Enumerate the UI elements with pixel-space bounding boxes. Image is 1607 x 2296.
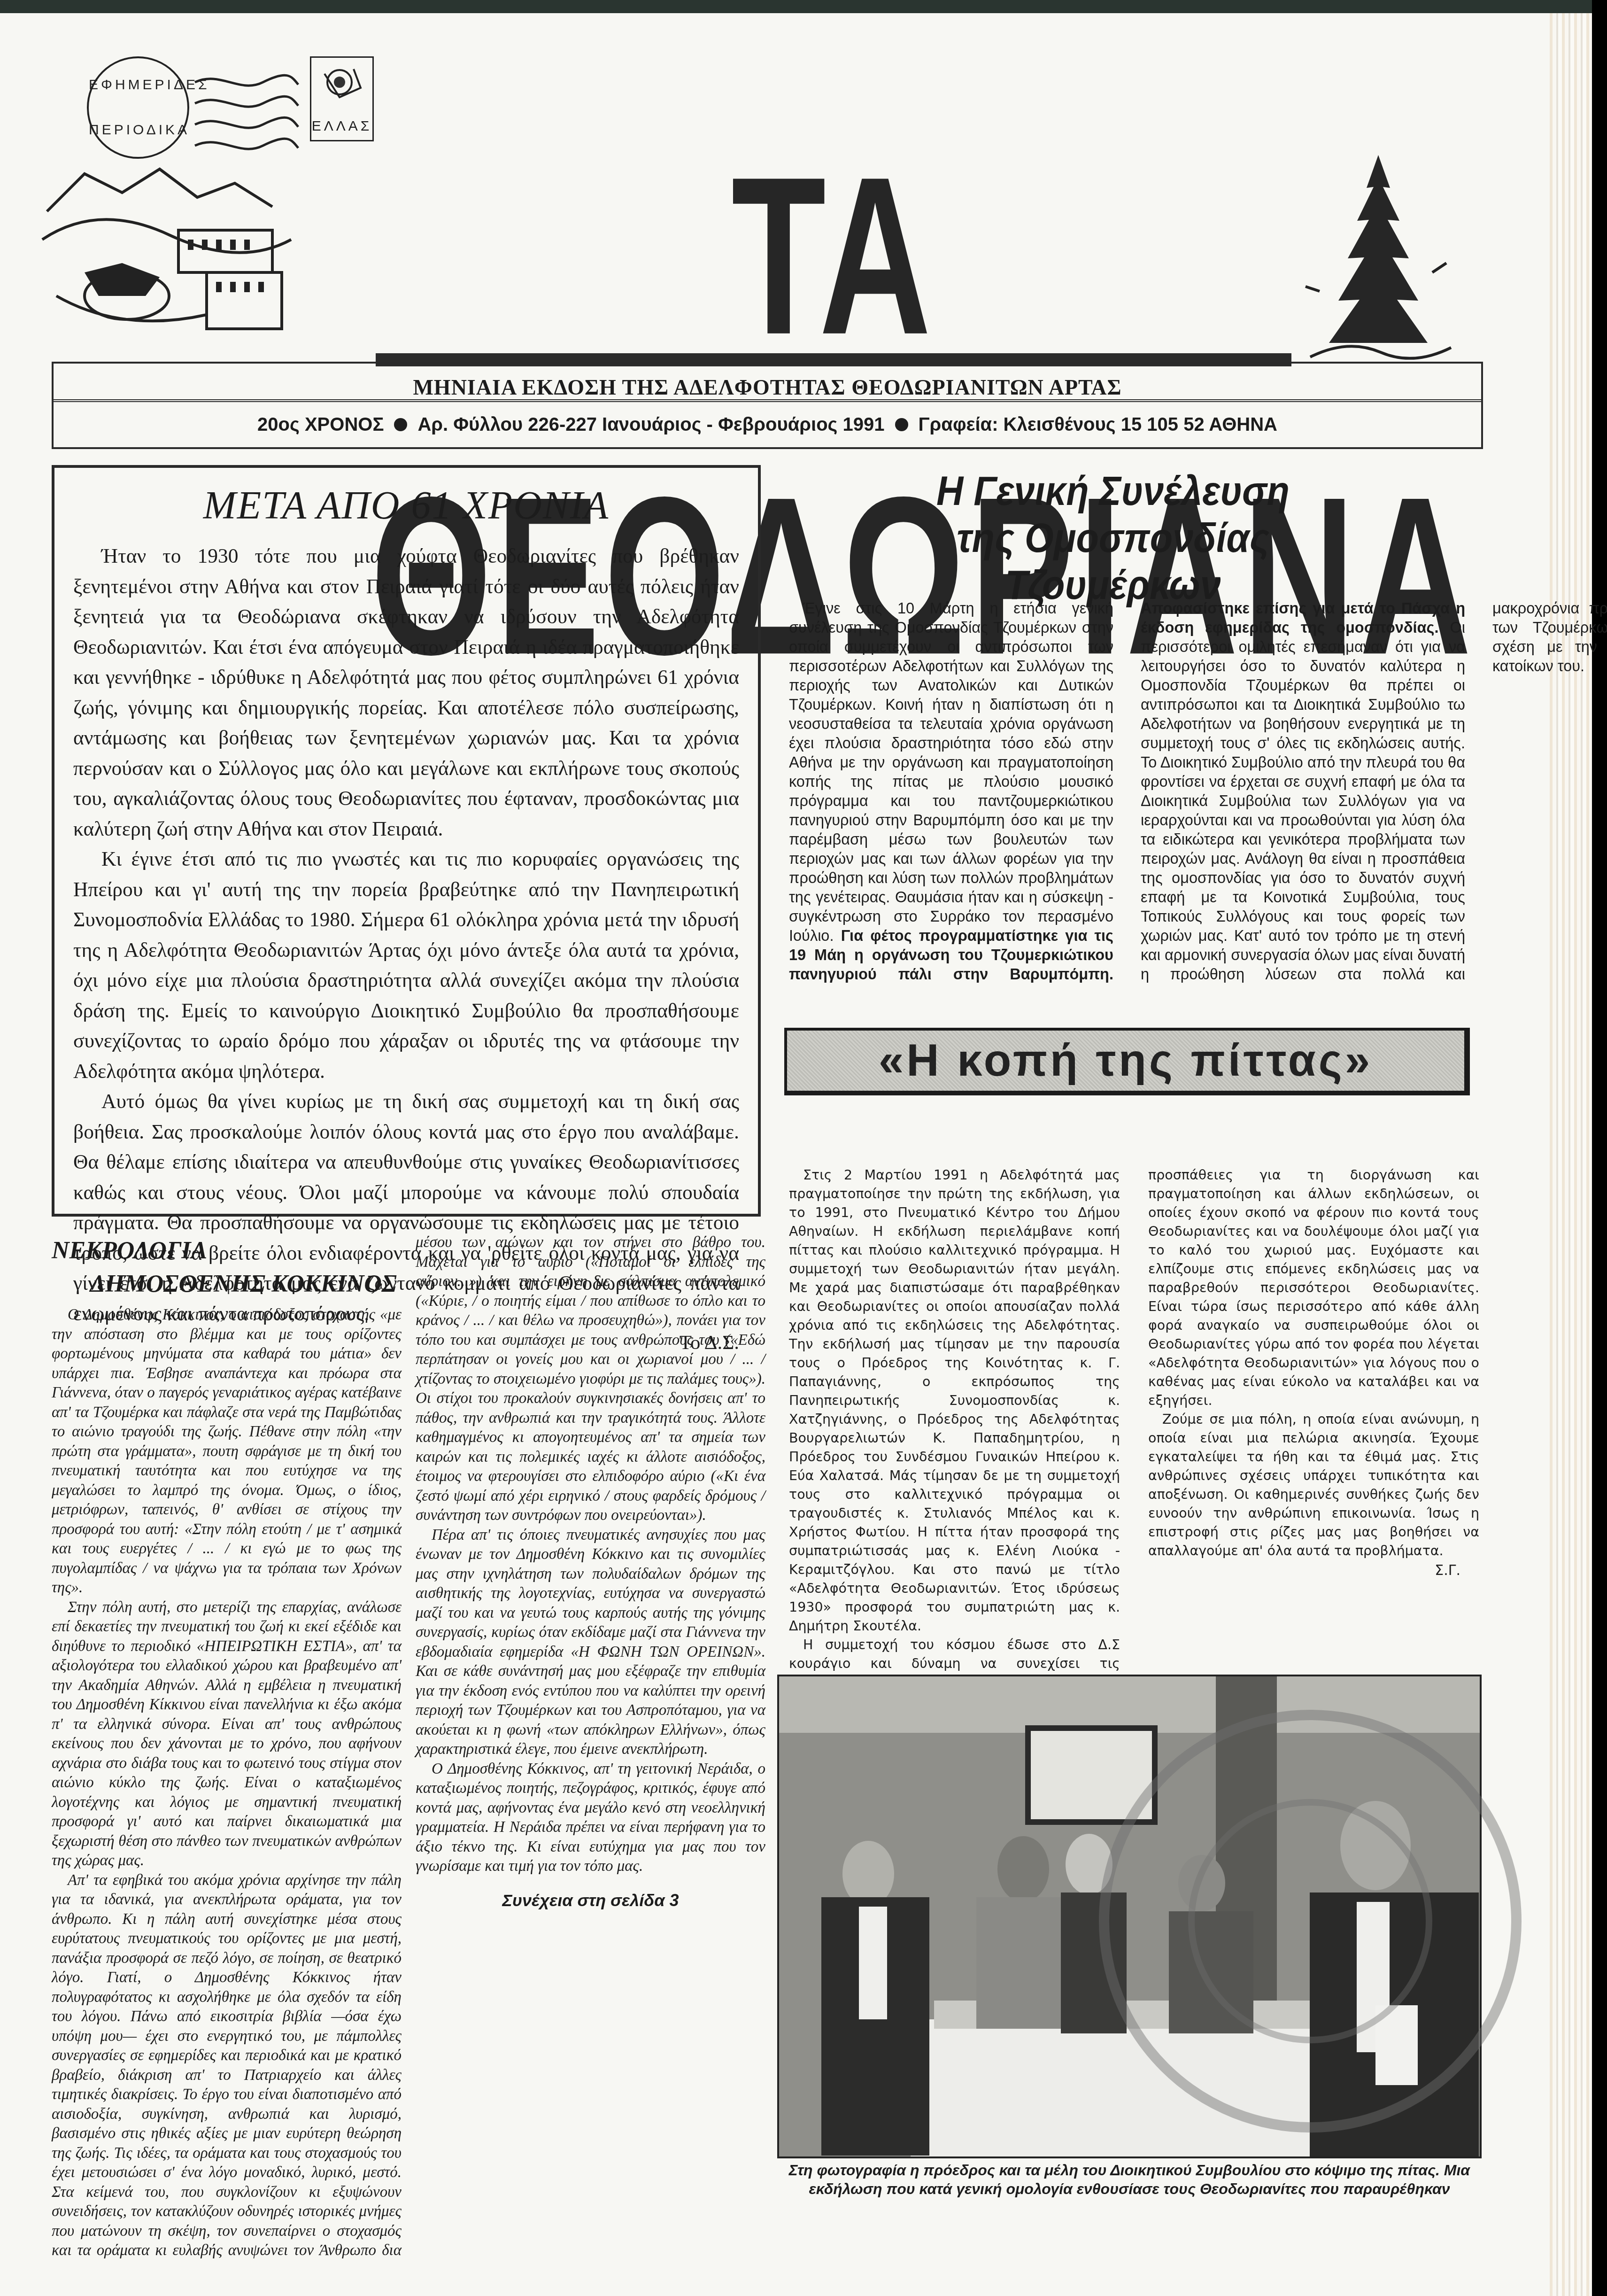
obituary-paragraph: Ο Δημοσθένης Κόκκινος, απ' τη γειτονική … [416, 1760, 765, 1877]
issue-info-bar: 20ος ΧΡΟΝΟΣ Αρ. Φύλλου 226-227 Ιανουάριο… [52, 399, 1483, 449]
bullet-icon [394, 418, 407, 431]
postmark-waves-icon [193, 70, 301, 160]
photo-scene-icon [779, 1676, 1480, 2156]
assembly-signature: Γ.Ν. [1492, 676, 1607, 695]
bullet-icon [895, 418, 908, 431]
office-address: Γραφεία: Κλεισθένους 15 105 52 ΑΘΗΝΑ [919, 414, 1277, 435]
hellenic-post-stamp: ΕΛΛΑΣ [310, 56, 374, 141]
fir-tree-illustration-icon [1301, 150, 1456, 366]
assembly-text: Έγινε στις 10 Μάρτη η ετήσια γενική συνέ… [789, 600, 1113, 944]
photo-caption: Στη φωτογραφία η πρόεδρος και τα μέλη το… [775, 2161, 1484, 2198]
scan-right-border [1592, 0, 1607, 2296]
headline-line: της Ομοσπονδίας [830, 514, 1396, 561]
stamp-country-text: ΕΛΛΑΣ [311, 118, 372, 134]
page-stack-edge [1550, 13, 1592, 2296]
village-illustration-icon [28, 155, 352, 357]
obituary-paragraph: Πέρα απ' τις όποιες πνευματικές ανησυχίε… [416, 1526, 765, 1760]
headline-line: Η Γενική Συνέλευση [830, 467, 1396, 514]
issue-number-date: Αρ. Φύλλου 226-227 Ιανουάριος - Φεβρουάρ… [417, 414, 884, 435]
assembly-headline: Η Γενική Συνέλευση της Ομοσπονδίας Τζουμ… [830, 467, 1396, 608]
editorial-box: ΜΕΤΑ ΑΠΟ 61 ΧΡΟΝΙΑ Ήταν το 1930 τότε που… [52, 465, 761, 1217]
editorial-paragraph: Κι έγινε έτσι από τις πιο γνωστές και τι… [73, 844, 739, 1086]
pitta-paragraph: Στις 2 Μαρτίου 1991 η Αδελφότητά μας πρα… [789, 1166, 1120, 1636]
volume-year: 20ος ΧΡΟΝΟΣ [257, 414, 384, 435]
pitta-paragraph: Ζούμε σε μια πόλη, η οποία είναι ανώνυμη… [1148, 1410, 1479, 1560]
pitta-banner-heading: «Η κοπή της πίττας» [784, 1028, 1470, 1095]
continued-on-page-3: Συνέχεια στη σελίδα 3 [416, 1891, 765, 1910]
event-photo [777, 1675, 1482, 2158]
stamp-top-text: ΕΦΗΜΕΡΙΔΕΣ [89, 77, 187, 93]
editorial-paragraph: Ήταν το 1930 τότε που μια χούφτα Θεοδωρι… [73, 541, 739, 844]
editorial-title: ΜΕΤΑ ΑΠΟ 61 ΧΡΟΝΙΑ [73, 480, 739, 532]
stamp-bottom-text: ΠΕΡΙΟΔΙΚΑ [89, 122, 187, 138]
post-horn-icon [321, 64, 363, 107]
pitta-article-body: Στις 2 Μαρτίου 1991 η Αδελφότητά μας πρα… [789, 1166, 1479, 1673]
obituary-paragraph: Στην πόλη αυτή, στο μετερίζι της επαρχία… [52, 1598, 402, 1871]
periodicals-postmark-stamp: ΕΦΗΜΕΡΙΔΕΣ ΠΕΡΙΟΔΙΚΑ [87, 56, 189, 159]
pitta-signature: Σ.Γ. [1148, 1560, 1479, 1581]
obituary-article: ΝΕΚΡΟΛΟΓΙΑ ΔΗΜΟΣΘΕΝΗΣ ΚΟΚΚΙΝΟΣ Ο Δημοσθέ… [52, 1233, 765, 2266]
obituary-paragraph: Ο Δημοσθένης Κόκκινος, ο αισιόδοξος στοχ… [52, 1305, 402, 1598]
obituary-name-heading: ΔΗΜΟΣΘΕΝΗΣ ΚΟΚΚΙΝΟΣ [52, 1270, 402, 1299]
obituary-section-heading: ΝΕΚΡΟΛΟΓΙΑ [52, 1237, 402, 1265]
assembly-article-body: Έγινε στις 10 Μάρτη η ετήσια γενική συνέ… [789, 599, 1465, 989]
